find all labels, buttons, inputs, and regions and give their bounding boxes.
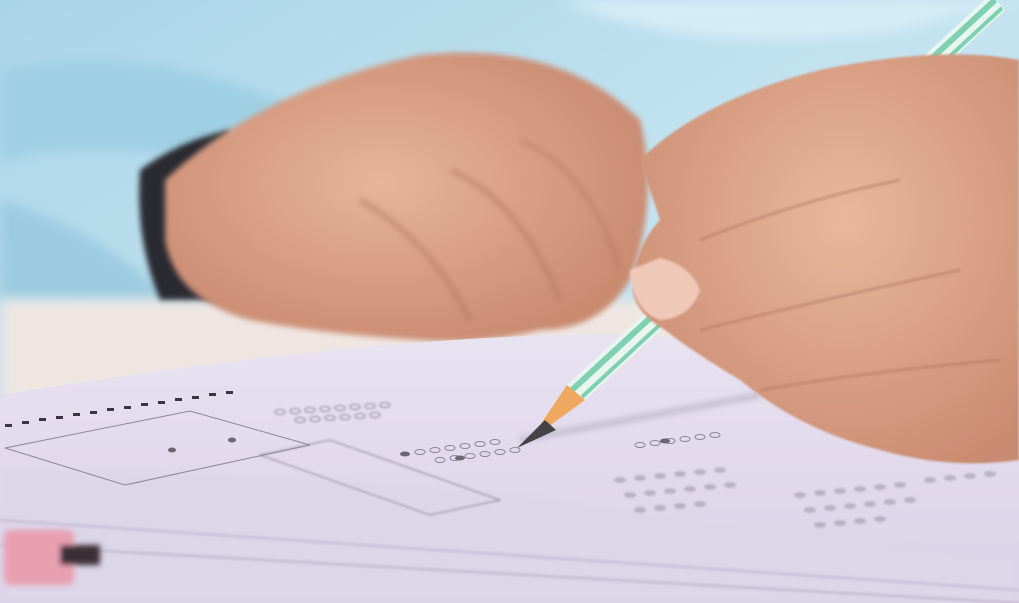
exam-photo-illustration bbox=[0, 0, 1019, 603]
exam-photo bbox=[0, 0, 1019, 603]
